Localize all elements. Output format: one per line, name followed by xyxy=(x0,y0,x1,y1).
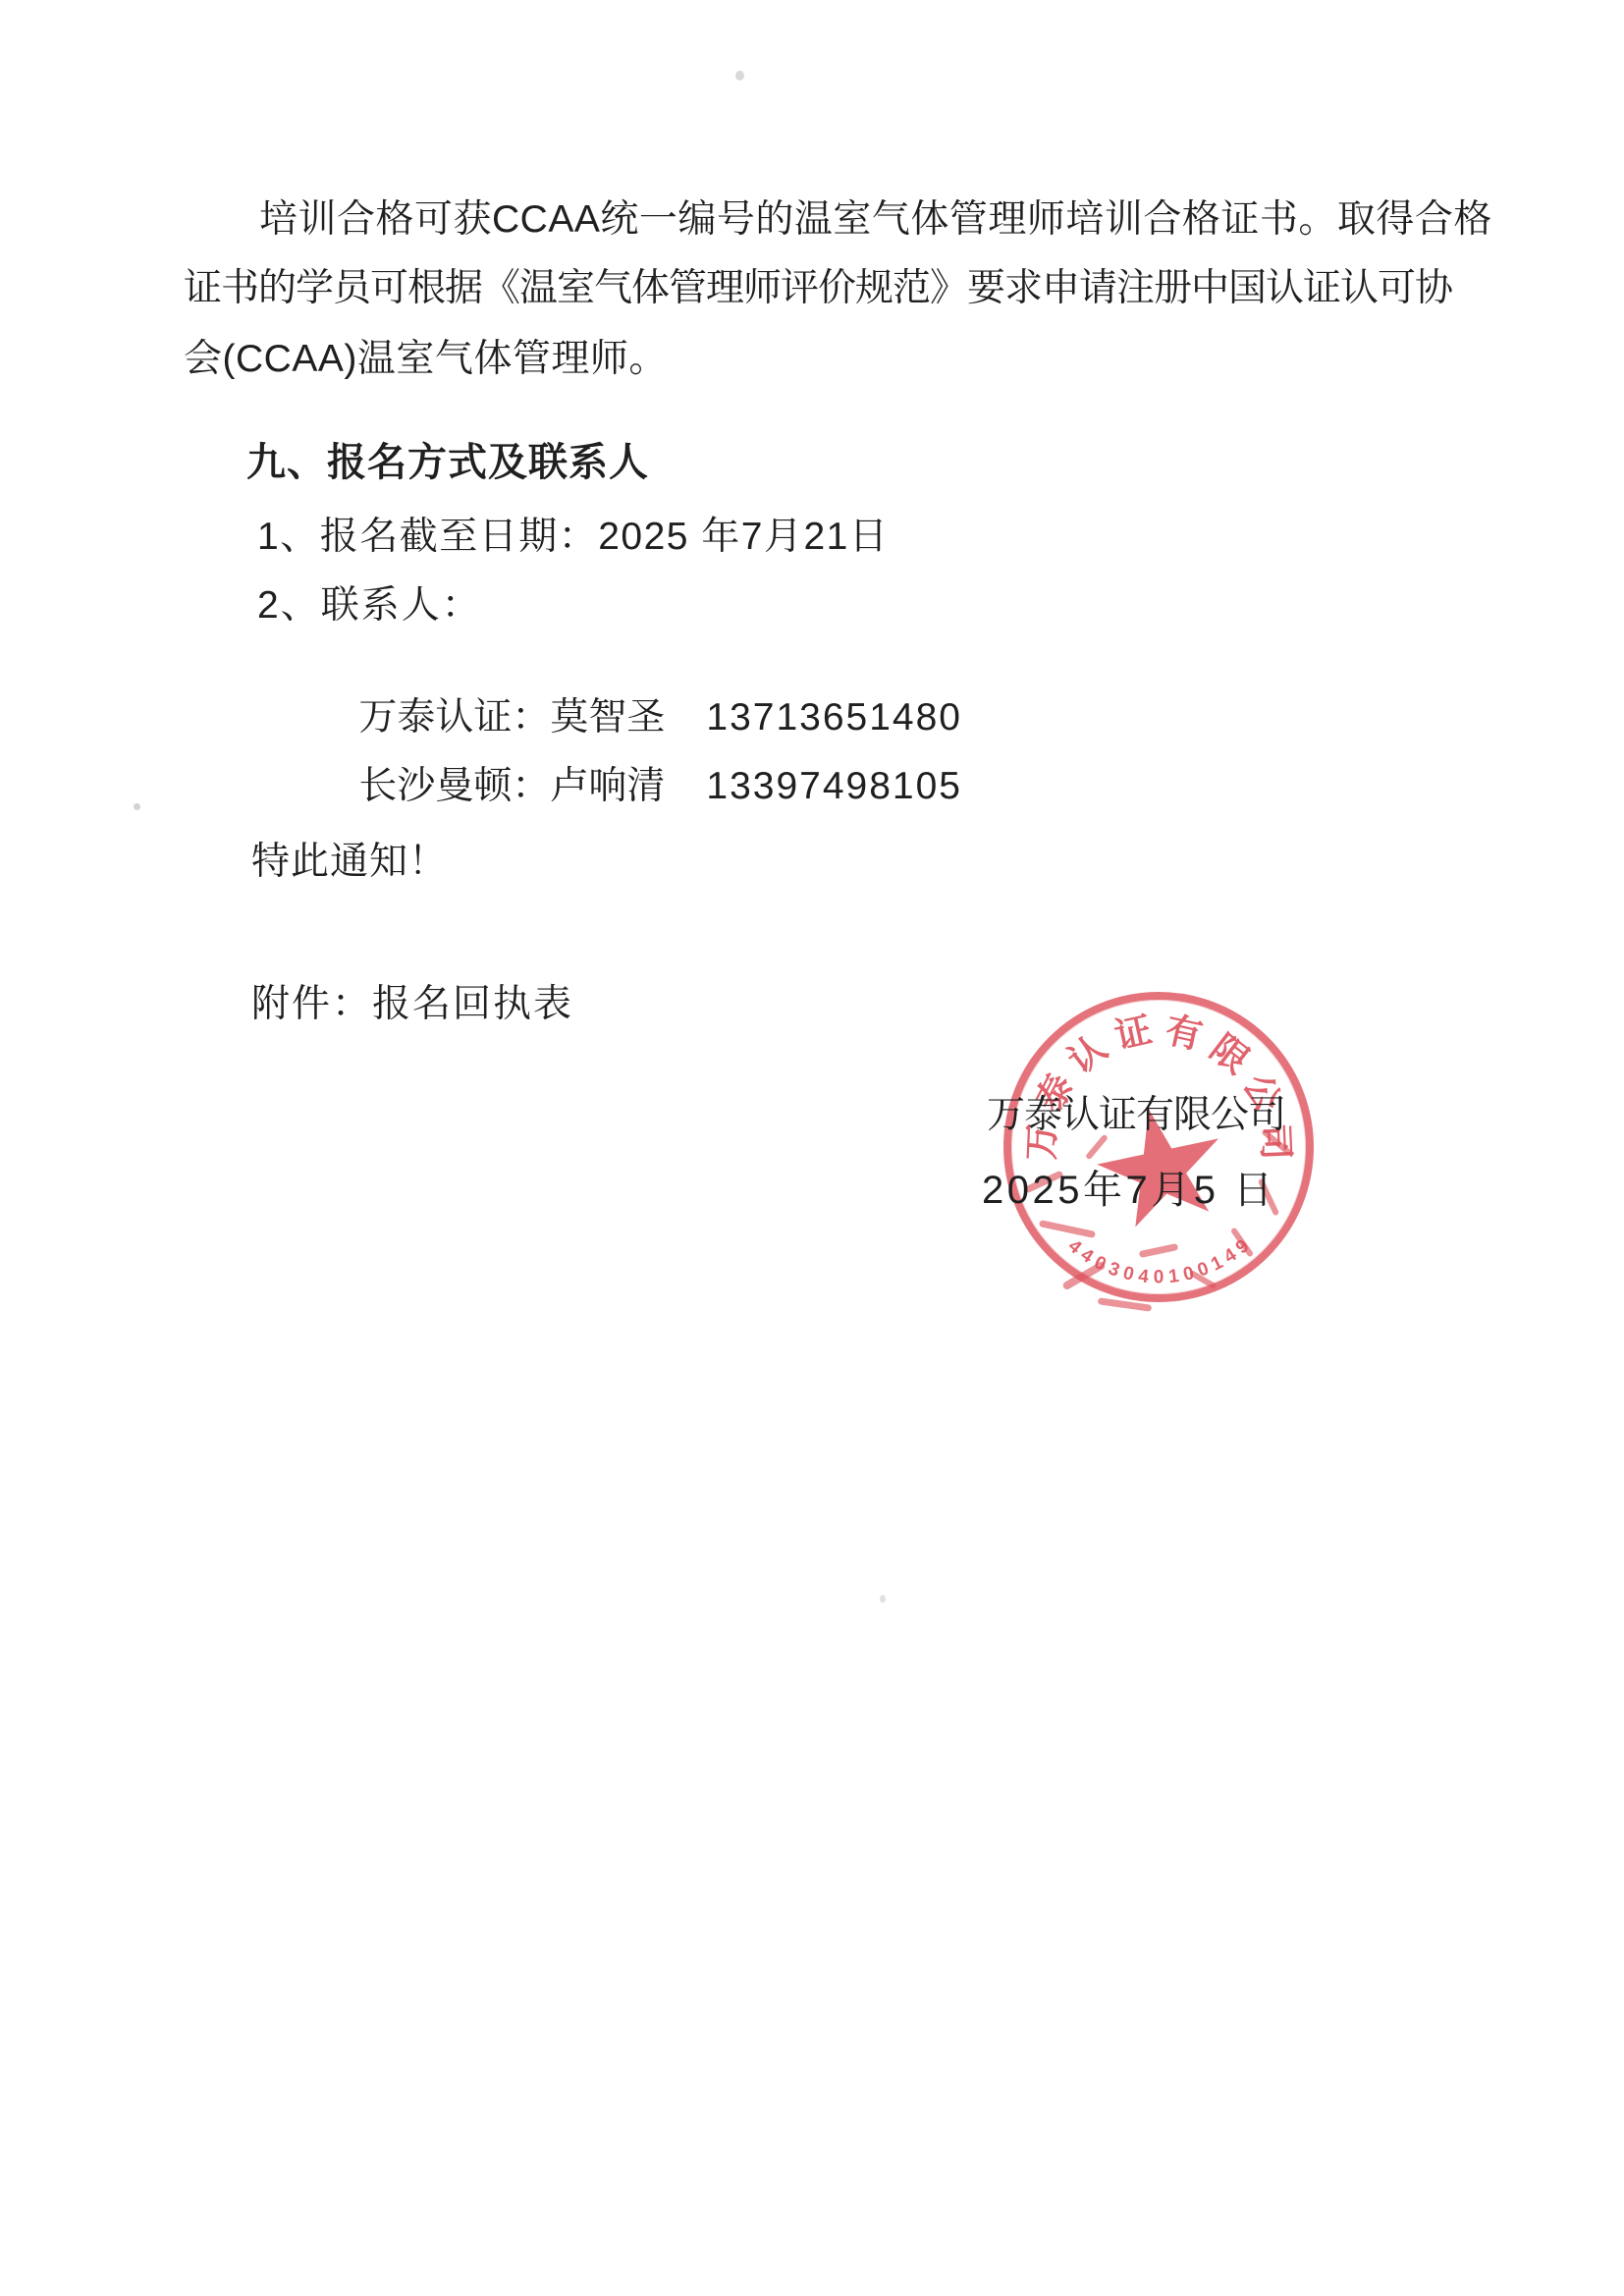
scan-speck xyxy=(735,71,744,81)
signature-company-name: 万泰认证有限公司 xyxy=(987,1096,1285,1134)
notice-closing-line: 特此通知！ xyxy=(251,843,448,881)
company-seal-stamp: 万泰认证有限公司 4403040100149 xyxy=(1003,992,1314,1302)
contact-row-mandun: 长沙曼顿：卢响清13397498105 xyxy=(316,729,962,844)
contacts-item: 2、联系人： xyxy=(257,586,482,625)
deadline-item: 1、报名截至日期：2025 年7月21日 xyxy=(257,518,889,556)
paragraph-line-1: 培训合格可获CCAA统一编号的温室气体管理师培训合格证书。取得合格 xyxy=(259,200,1492,239)
contact-person-name: 卢响清 xyxy=(550,765,665,807)
section-heading: 九、报名方式及联系人 xyxy=(246,443,649,482)
scan-speck xyxy=(134,803,140,810)
seal-arc-char: 有 xyxy=(1163,1011,1206,1055)
signature-date: 2025年7月5 日 xyxy=(982,1171,1276,1210)
attachment-line: 附件：报名回执表 xyxy=(251,985,573,1023)
paragraph-line-2: 证书的学员可根据《温室气体管理师评价规范》要求申请注册中国认证认可协 xyxy=(184,269,1452,307)
contact-org-label: 长沙曼顿： xyxy=(358,765,550,807)
notice-document-page: 培训合格可获CCAA统一编号的温室气体管理师培训合格证书。取得合格 证书的学员可… xyxy=(0,0,1624,2296)
contact-phone-number: 13397498105 xyxy=(706,767,962,805)
seal-arc-char: 证 xyxy=(1111,1011,1155,1055)
seal-serial-digit: 0 xyxy=(1154,1269,1164,1287)
scan-speck xyxy=(880,1595,886,1603)
seal-serial-digit: 1 xyxy=(1167,1267,1180,1286)
paragraph-line-3: 会(CCAA)温室气体管理师。 xyxy=(184,340,668,378)
seal-serial-digit: 4 xyxy=(1137,1267,1150,1286)
